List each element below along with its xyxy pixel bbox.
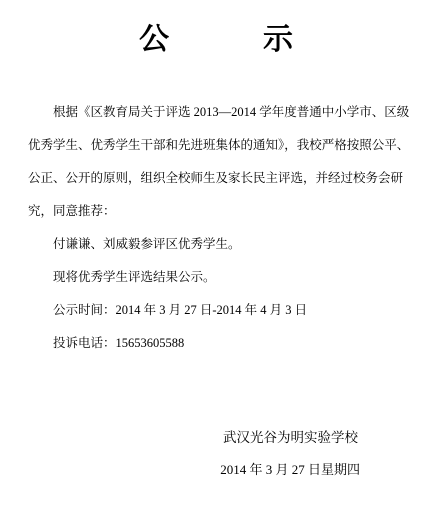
notice-title: 公 示	[0, 23, 432, 57]
notice-document-page: 公 示 根据《区教育局关于评选 2013—2014 学年度普通中小学市、区级 优…	[0, 0, 432, 526]
signature-school-name: 武汉光谷为明实验学校	[0, 429, 432, 446]
notice-title-char-right: 示	[263, 23, 293, 57]
statement-line-complaint-phone: 投诉电话：15653605588	[28, 327, 420, 360]
paragraph-line-3: 公正、公开的原则，组织全校师生及家长民主评选，并经过校务会研	[28, 162, 420, 195]
paragraph-line-1: 根据《区教育局关于评选 2013—2014 学年度普通中小学市、区级	[28, 96, 420, 129]
paragraph-line-4: 究，同意推荐：	[28, 195, 420, 228]
paragraph-line-2: 优秀学生、优秀学生干部和先进班集体的通知》，我校严格按照公平、	[28, 129, 420, 162]
notice-title-char-left: 公	[139, 23, 169, 57]
statement-line-publicity-period: 公示时间：2014 年 3 月 27 日-2014 年 4 月 3 日	[28, 294, 420, 327]
signature-date: 2014 年 3 月 27 日星期四	[0, 461, 432, 478]
statement-line-nominees: 付谦谦、刘威毅参评区优秀学生。	[28, 228, 420, 261]
notice-body: 根据《区教育局关于评选 2013—2014 学年度普通中小学市、区级 优秀学生、…	[28, 96, 420, 360]
statement-line-announcement: 现将优秀学生评选结果公示。	[28, 261, 420, 294]
